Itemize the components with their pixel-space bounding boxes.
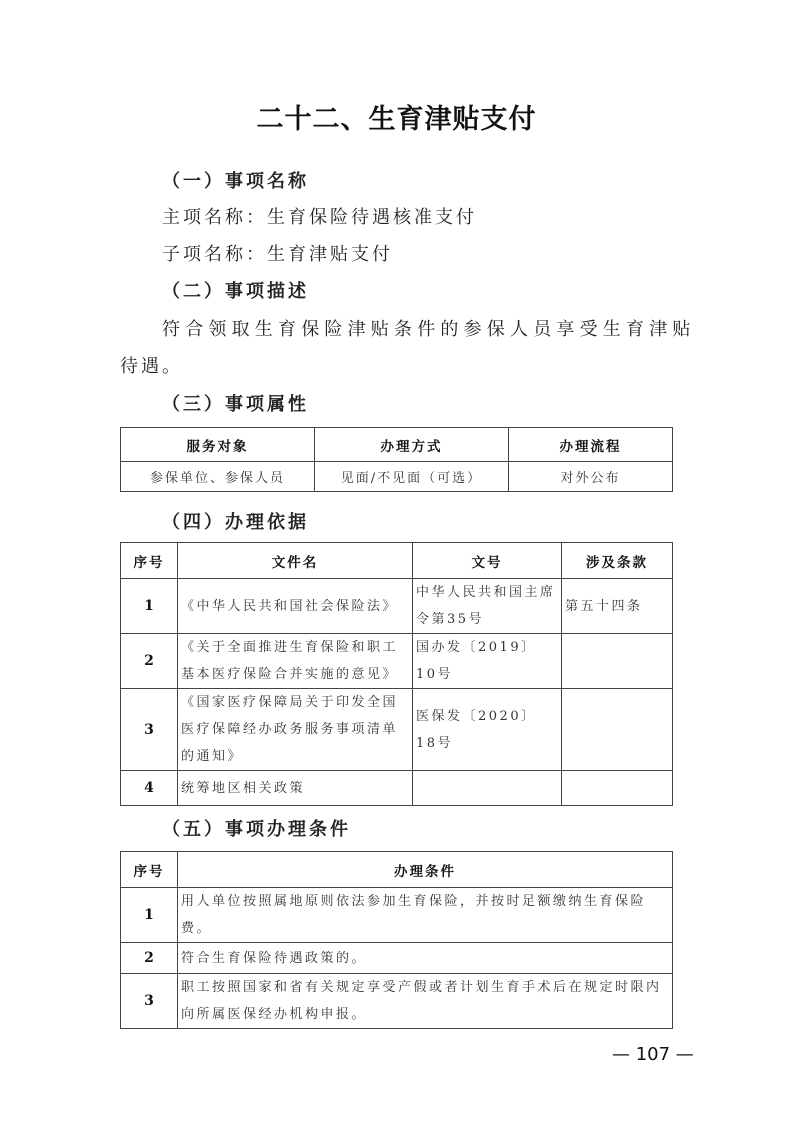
cell-service-object: 参保单位、参保人员 [121,462,315,492]
row-no: 1 [121,579,178,634]
table-row: 1 用人单位按照属地原则依法参加生育保险，并按时足额缴纳生育保险费。 [121,888,673,943]
sub-item-name: 子项名称：生育津贴支付 [162,240,393,266]
condition-text: 职工按照国家和省有关规定享受产假或者计划生育手术后在规定时限内向所属医保经办机构… [178,974,673,1029]
clause [562,771,673,806]
section-heading-basis: （四）办理依据 [162,508,309,534]
basis-table: 序号 文件名 文号 涉及条款 1 《中华人民共和国社会保险法》 中华人民共和国主… [120,542,673,806]
description-line-2: 待遇。 [120,352,183,378]
table-row: 1 《中华人民共和国社会保险法》 中华人民共和国主席令第35号 第五十四条 [121,579,673,634]
file-name: 统筹地区相关政策 [178,771,413,806]
cell-handling-method: 见面/不见面（可选） [315,462,509,492]
section-heading-description: （二）事项描述 [162,277,309,303]
doc-number: 国办发〔2019〕10号 [413,634,562,689]
header-handling-method: 办理方式 [315,428,509,462]
page-title: 二十二、生育津贴支付 [0,97,793,136]
row-no: 2 [121,943,178,974]
table-row: 3 《国家医疗保障局关于印发全国医疗保障经办政务服务事项清单的通知》 医保发〔2… [121,689,673,771]
row-no: 3 [121,974,178,1029]
conditions-table: 序号 办理条件 1 用人单位按照属地原则依法参加生育保险，并按时足额缴纳生育保险… [120,851,673,1029]
row-no: 1 [121,888,178,943]
row-no: 3 [121,689,178,771]
attributes-table: 服务对象 办理方式 办理流程 参保单位、参保人员 见面/不见面（可选） 对外公布 [120,427,673,492]
file-name: 《国家医疗保障局关于印发全国医疗保障经办政务服务事项清单的通知》 [178,689,413,771]
row-no: 4 [121,771,178,806]
header-file-name: 文件名 [178,543,413,579]
clause [562,634,673,689]
header-doc-number: 文号 [413,543,562,579]
table-row: 3 职工按照国家和省有关规定享受产假或者计划生育手术后在规定时限内向所属医保经办… [121,974,673,1029]
header-no: 序号 [121,543,178,579]
doc-number: 医保发〔2020〕18号 [413,689,562,771]
condition-text: 符合生育保险待遇政策的。 [178,943,673,974]
doc-number [413,771,562,806]
section-heading-attributes: （三）事项属性 [162,390,309,416]
header-service-object: 服务对象 [121,428,315,462]
table-row: 2 《关于全面推进生育保险和职工基本医疗保险合并实施的意见》 国办发〔2019〕… [121,634,673,689]
doc-number: 中华人民共和国主席令第35号 [413,579,562,634]
clause: 第五十四条 [562,579,673,634]
table-row: 2 符合生育保险待遇政策的。 [121,943,673,974]
main-item-name: 主项名称：生育保险待遇核准支付 [162,203,477,229]
section-heading-conditions: （五）事项办理条件 [162,815,351,841]
file-name: 《关于全面推进生育保险和职工基本医疗保险合并实施的意见》 [178,634,413,689]
section-heading-item-name: （一）事项名称 [162,167,309,193]
header-handling-process: 办理流程 [509,428,673,462]
cell-handling-process: 对外公布 [509,462,673,492]
table-row: 4 统筹地区相关政策 [121,771,673,806]
page-number: — 107 — [612,1044,694,1065]
header-conditions: 办理条件 [178,852,673,888]
file-name: 《中华人民共和国社会保险法》 [178,579,413,634]
description-line-1: 符合领取生育保险津贴条件的参保人员享受生育津贴 [162,315,696,341]
header-no: 序号 [121,852,178,888]
header-clauses: 涉及条款 [562,543,673,579]
condition-text: 用人单位按照属地原则依法参加生育保险，并按时足额缴纳生育保险费。 [178,888,673,943]
clause [562,689,673,771]
row-no: 2 [121,634,178,689]
